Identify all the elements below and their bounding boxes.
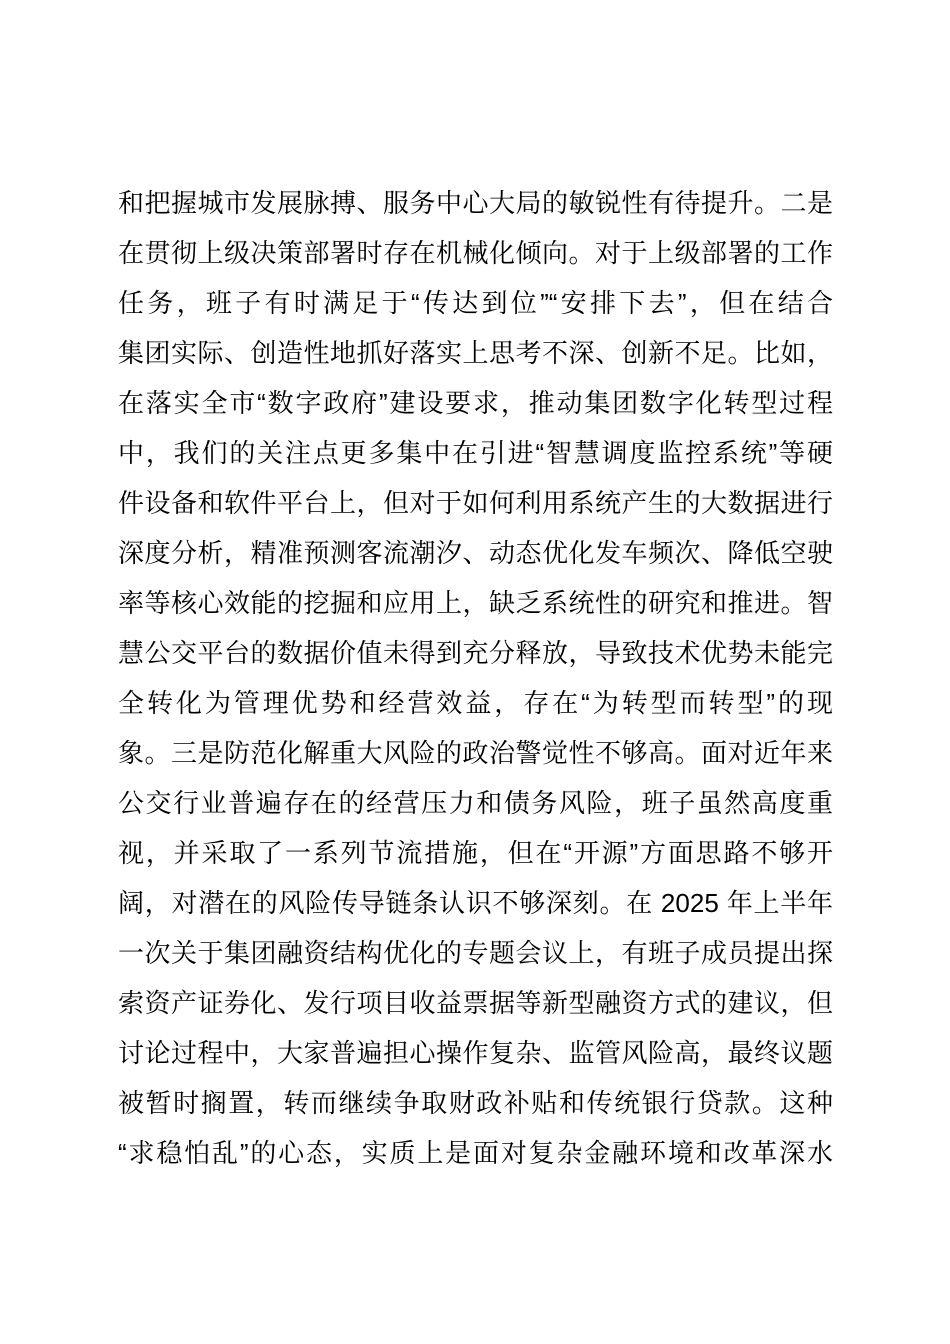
text-line: 率等核心效能的挖掘和应用上，缺乏系统性的研究和推进。智 [118, 578, 833, 628]
paragraph-block: 和把握城市发展脉搏、服务中心大局的敏锐性有待提升。二是 在贯彻上级决策部署时存在… [118, 178, 833, 1178]
text-line: 和把握城市发展脉搏、服务中心大局的敏锐性有待提升。二是 [118, 178, 833, 228]
text-line: “求稳怕乱”的心态，实质上是面对复杂金融环境和改革深水 [118, 1128, 833, 1178]
text-line: 慧公交平台的数据价值未得到充分释放，导致技术优势未能完 [118, 628, 833, 678]
text-line: 阔，对潜在的风险传导链条认识不够深刻。在 2025 年上半年 [118, 878, 833, 928]
text-line: 视，并采取了一系列节流措施，但在“开源”方面思路不够开 [118, 828, 833, 878]
text-line: 深度分析，精准预测客流潮汐、动态优化发车频次、降低空驶 [118, 528, 833, 578]
text-line: 索资产证券化、发行项目收益票据等新型融资方式的建议，但 [118, 978, 833, 1028]
document-page: 和把握城市发展脉搏、服务中心大局的敏锐性有待提升。二是 在贯彻上级决策部署时存在… [0, 0, 950, 1344]
text-line: 在贯彻上级决策部署时存在机械化倾向。对于上级部署的工作 [118, 228, 833, 278]
text-line: 象。三是防范化解重大风险的政治警觉性不够高。面对近年来 [118, 728, 833, 778]
text-line: 讨论过程中，大家普遍担心操作复杂、监管风险高，最终议题 [118, 1028, 833, 1078]
text-line: 中，我们的关注点更多集中在引进“智慧调度监控系统”等硬 [118, 428, 833, 478]
text-line: 一次关于集团融资结构优化的专题会议上，有班子成员提出探 [118, 928, 833, 978]
text-line: 件设备和软件平台上，但对于如何利用系统产生的大数据进行 [118, 478, 833, 528]
text-line: 在落实全市“数字政府”建设要求，推动集团数字化转型过程 [118, 378, 833, 428]
text-line: 被暂时搁置，转而继续争取财政补贴和传统银行贷款。这种 [118, 1078, 833, 1128]
text-line: 集团实际、创造性地抓好落实上思考不深、创新不足。比如， [118, 328, 833, 378]
text-line: 全转化为管理优势和经营效益，存在“为转型而转型”的现 [118, 678, 833, 728]
text-line: 公交行业普遍存在的经营压力和债务风险，班子虽然高度重 [118, 778, 833, 828]
text-line: 任务，班子有时满足于“传达到位”“安排下去”，但在结合 [118, 278, 833, 328]
